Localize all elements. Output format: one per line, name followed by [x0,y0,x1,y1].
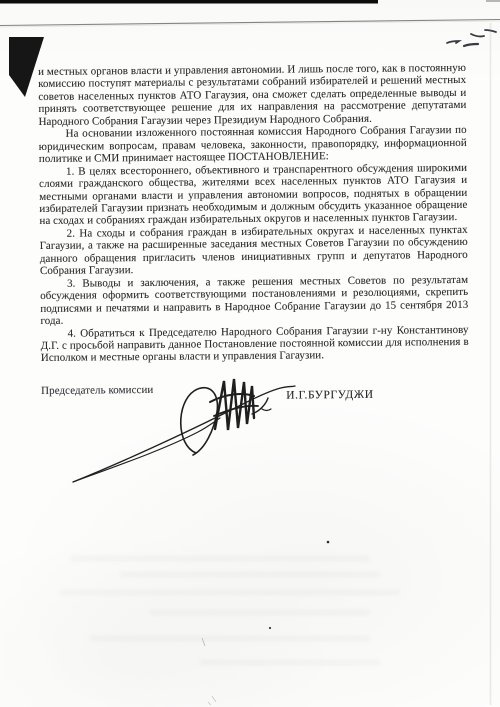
document-body-text: и местных органов власти и управления ав… [38,62,469,411]
bleedthrough-streak [200,660,380,665]
scanned-document-page: и местных органов власти и управления ав… [0,0,500,707]
paper-specks [202,541,329,705]
signatory-name: И.Г.БУРГУДЖИ [286,389,374,402]
signature-block: Председатель комиссии И.Г.БУРГУДЖИ [41,381,469,411]
signature-role-label: Председатель комиссии [41,384,153,398]
paragraph-resolution-preamble: На основании изложенного постоянная коми… [39,124,467,165]
scanner-edge-line [0,20,500,28]
top-black-strip [0,0,378,4]
resolution-point-3: 3. Выводы и заключения, а также решения … [40,274,468,328]
bleedthrough-streak [150,610,370,615]
bleedthrough-streak [120,572,380,577]
top-black-strip-corner [486,0,500,2]
bleedthrough-streak [70,556,370,561]
resolution-point-4: 4. Обратиться к Председателю Народного С… [41,323,469,364]
resolution-point-1: 1. В целях всестороннего, объективного и… [39,162,468,228]
bleedthrough-streak [60,590,400,595]
bleedthrough-streak [90,636,370,641]
resolution-point-2: 2. На сходы и собрания граждан в избират… [40,224,468,278]
paragraph-continuation: и местных органов власти и управления ав… [38,62,467,128]
pen-marks-top-right [447,30,496,46]
